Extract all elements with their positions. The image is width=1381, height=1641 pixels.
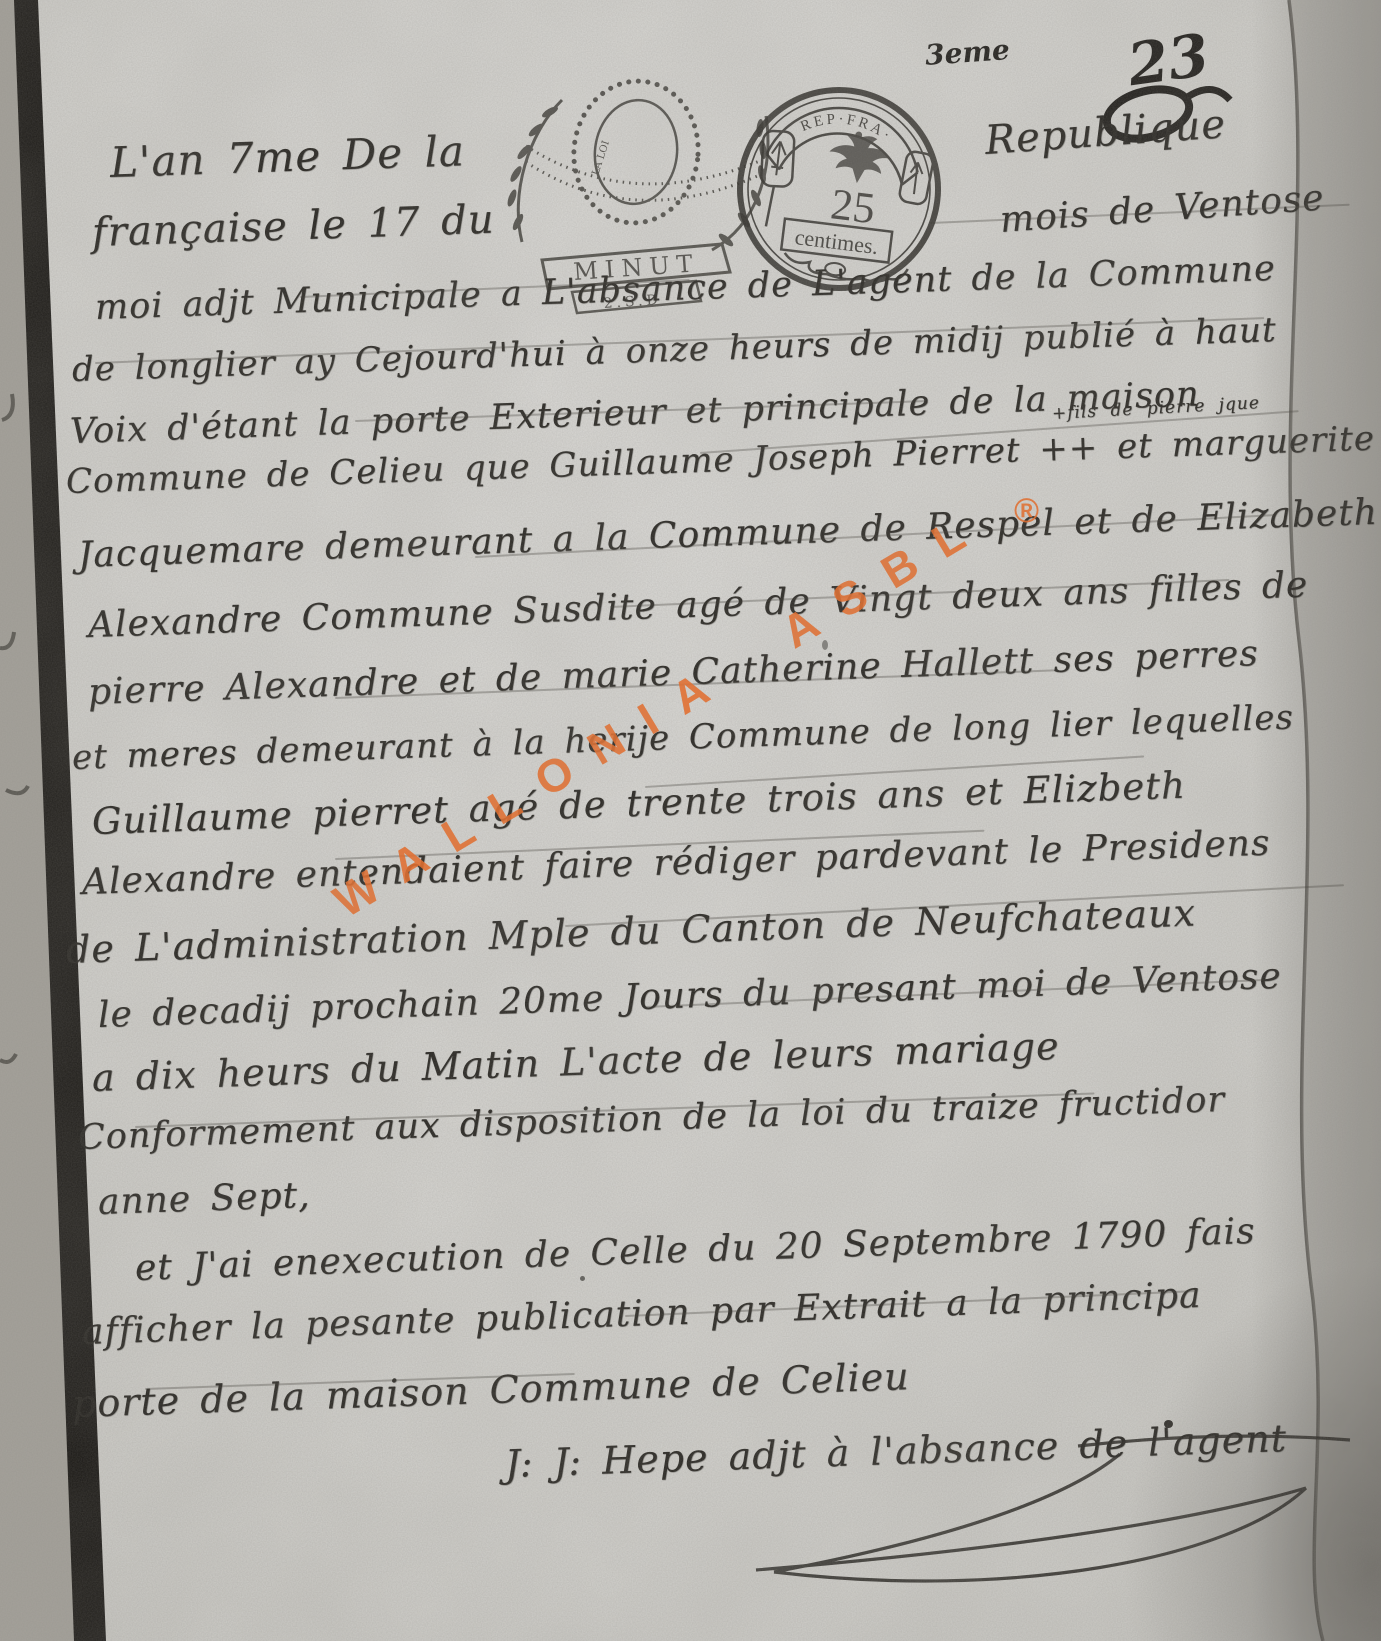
handwritten-line: anne Sept, (97, 1175, 311, 1223)
pearl-ring (566, 74, 706, 230)
laurel-left (518, 100, 562, 242)
ink-speck (580, 1276, 585, 1281)
left-badge (752, 128, 798, 229)
corner-note: 3eme (924, 33, 1011, 72)
signature-flourish (690, 1432, 1370, 1622)
ink-speck (822, 640, 828, 650)
registered-mark: ® (1014, 492, 1039, 531)
ink-speck (1164, 1420, 1173, 1428)
